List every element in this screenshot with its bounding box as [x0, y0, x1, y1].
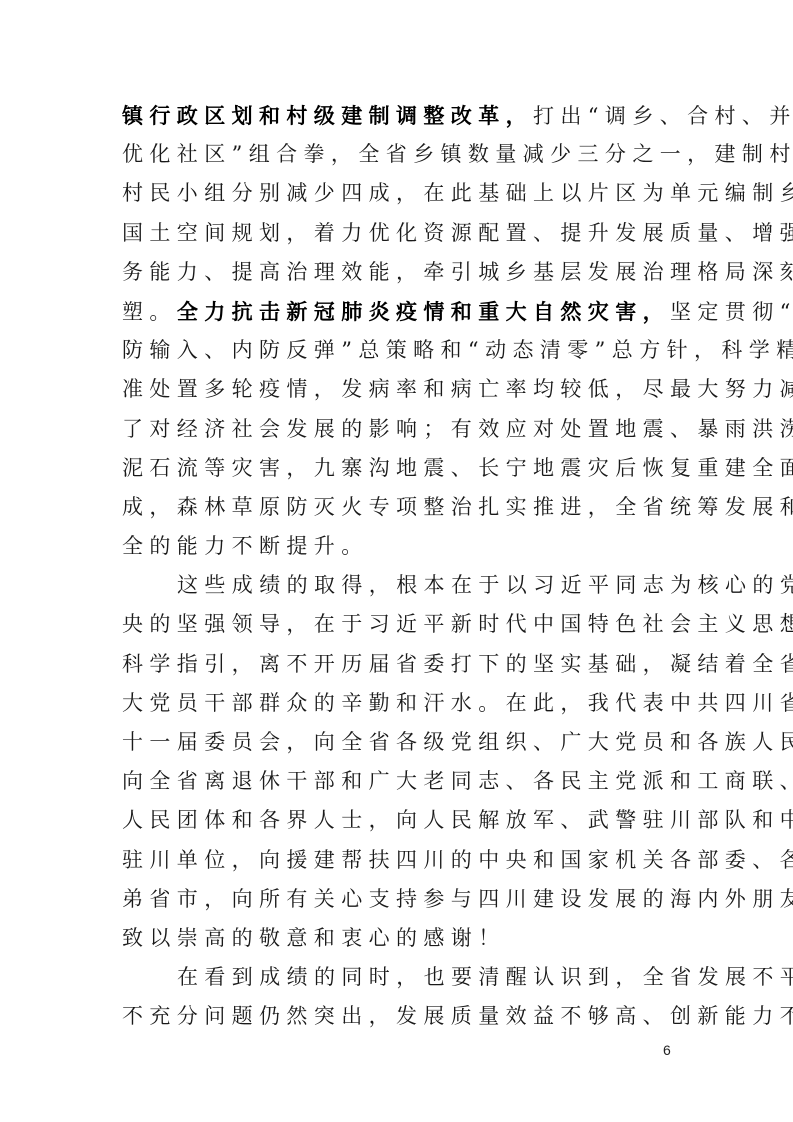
text-line: 镇行政区划和村级建制调整改革，打出“调乡、合村、并组、 [122, 96, 674, 135]
text-run: 成，森林草原防灭火专项整治扎实推进，全省统筹发展和安 [122, 495, 793, 519]
text-line: 这些成绩的取得，根本在于以习近平同志为核心的党中 [122, 566, 674, 605]
text-run: 这些成绩的取得，根本在于以习近平同志为核心的党中 [177, 573, 793, 597]
text-line: 央的坚强领导，在于习近平新时代中国特色社会主义思想的 [122, 605, 674, 644]
text-line: 务能力、提高治理效能，牵引城乡基层发展治理格局深刻重 [122, 253, 674, 292]
text-line: 了对经济社会发展的影响；有效应对处置地震、暴雨洪涝、 [122, 410, 674, 449]
text-line: 驻川单位，向援建帮扶四川的中央和国家机关各部委、各兄 [122, 841, 674, 880]
text-run: 村民小组分别减少四成，在此基础上以片区为单元编制乡村 [122, 181, 793, 205]
text-run: 防输入、内防反弹”总策略和“动态清零”总方针，科学精 [122, 338, 793, 362]
text-run: 人民团体和各界人士，向人民解放军、武警驻川部队和中央 [122, 808, 793, 832]
text-run: 全的能力不断提升。 [122, 534, 369, 558]
text-line: 成，森林草原防灭火专项整治扎实推进，全省统筹发展和安 [122, 488, 674, 527]
text-line: 人民团体和各界人士，向人民解放军、武警驻川部队和中央 [122, 801, 674, 840]
body-text: 镇行政区划和村级建制调整改革，打出“调乡、合村、并组、 优化社区”组合拳，全省乡… [122, 96, 674, 1037]
text-run: 大党员干部群众的辛勤和汗水。在此，我代表中共四川省第 [122, 691, 793, 715]
text-line: 弟省市，向所有关心支持参与四川建设发展的海内外朋友， [122, 880, 674, 919]
text-run: 国土空间规划，着力优化资源配置、提升发展质量、增强服 [122, 221, 793, 245]
text-run: 打出“调乡、合村、并组、 [533, 104, 793, 128]
text-line: 科学指引，离不开历届省委打下的坚实基础，凝结着全省广 [122, 645, 674, 684]
text-line: 准处置多轮疫情，发病率和病亡率均较低，尽最大努力减少 [122, 370, 674, 409]
text-line: 不充分问题仍然突出，发展质量效益不够高、创新能力不够 [122, 997, 674, 1036]
text-run: 塑。 [122, 300, 177, 324]
text-run: 务能力、提高治理效能，牵引城乡基层发展治理格局深刻重 [122, 260, 793, 284]
text-run: 向全省离退休干部和广大老同志、各民主党派和工商联、各 [122, 769, 793, 793]
text-line: 大党员干部群众的辛勤和汗水。在此，我代表中共四川省第 [122, 684, 674, 723]
text-line: 防输入、内防反弹”总策略和“动态清零”总方针，科学精 [122, 331, 674, 370]
text-run: 准处置多轮疫情，发病率和病亡率均较低，尽最大努力减少 [122, 377, 793, 401]
text-run: 弟省市，向所有关心支持参与四川建设发展的海内外朋友， [122, 887, 793, 911]
bold-heading-phrase: 镇行政区划和村级建制调整改革， [122, 103, 533, 128]
text-line: 村民小组分别减少四成，在此基础上以片区为单元编制乡村 [122, 174, 674, 213]
text-line: 在看到成绩的同时，也要清醒认识到，全省发展不平衡 [122, 958, 674, 997]
text-run: 十一届委员会，向全省各级党组织、广大党员和各族人民， [122, 730, 793, 754]
text-run: 了对经济社会发展的影响；有效应对处置地震、暴雨洪涝、 [122, 417, 793, 441]
text-run: 不充分问题仍然突出，发展质量效益不够高、创新能力不够 [122, 1004, 793, 1028]
text-run: 致以崇高的敬意和衷心的感谢！ [122, 926, 506, 950]
text-run: 泥石流等灾害，九寨沟地震、长宁地震灾后恢复重建全面完 [122, 456, 793, 480]
text-line: 塑。全力抗击新冠肺炎疫情和重大自然灾害，坚定贯彻“外 [122, 292, 674, 331]
text-line: 优化社区”组合拳，全省乡镇数量减少三分之一，建制村、 [122, 135, 674, 174]
page-number: 6 [663, 1042, 671, 1058]
text-run: 央的坚强领导，在于习近平新时代中国特色社会主义思想的 [122, 612, 793, 636]
text-run: 在看到成绩的同时，也要清醒认识到，全省发展不平衡 [177, 965, 793, 989]
bold-heading-phrase: 全力抗击新冠肺炎疫情和重大自然灾害， [177, 299, 670, 324]
text-run: 坚定贯彻“外 [670, 300, 793, 324]
text-line: 泥石流等灾害，九寨沟地震、长宁地震灾后恢复重建全面完 [122, 449, 674, 488]
text-line: 致以崇高的敬意和衷心的感谢！ [122, 919, 674, 958]
text-run: 优化社区”组合拳，全省乡镇数量减少三分之一，建制村、 [122, 142, 793, 166]
text-run: 科学指引，离不开历届省委打下的坚实基础，凝结着全省广 [122, 652, 793, 676]
text-run: 驻川单位，向援建帮扶四川的中央和国家机关各部委、各兄 [122, 848, 793, 872]
text-line: 全的能力不断提升。 [122, 527, 674, 566]
document-page: 镇行政区划和村级建制调整改革，打出“调乡、合村、并组、 优化社区”组合拳，全省乡… [0, 0, 793, 1122]
text-line: 十一届委员会，向全省各级党组织、广大党员和各族人民， [122, 723, 674, 762]
text-line: 向全省离退休干部和广大老同志、各民主党派和工商联、各 [122, 762, 674, 801]
text-line: 国土空间规划，着力优化资源配置、提升发展质量、增强服 [122, 214, 674, 253]
